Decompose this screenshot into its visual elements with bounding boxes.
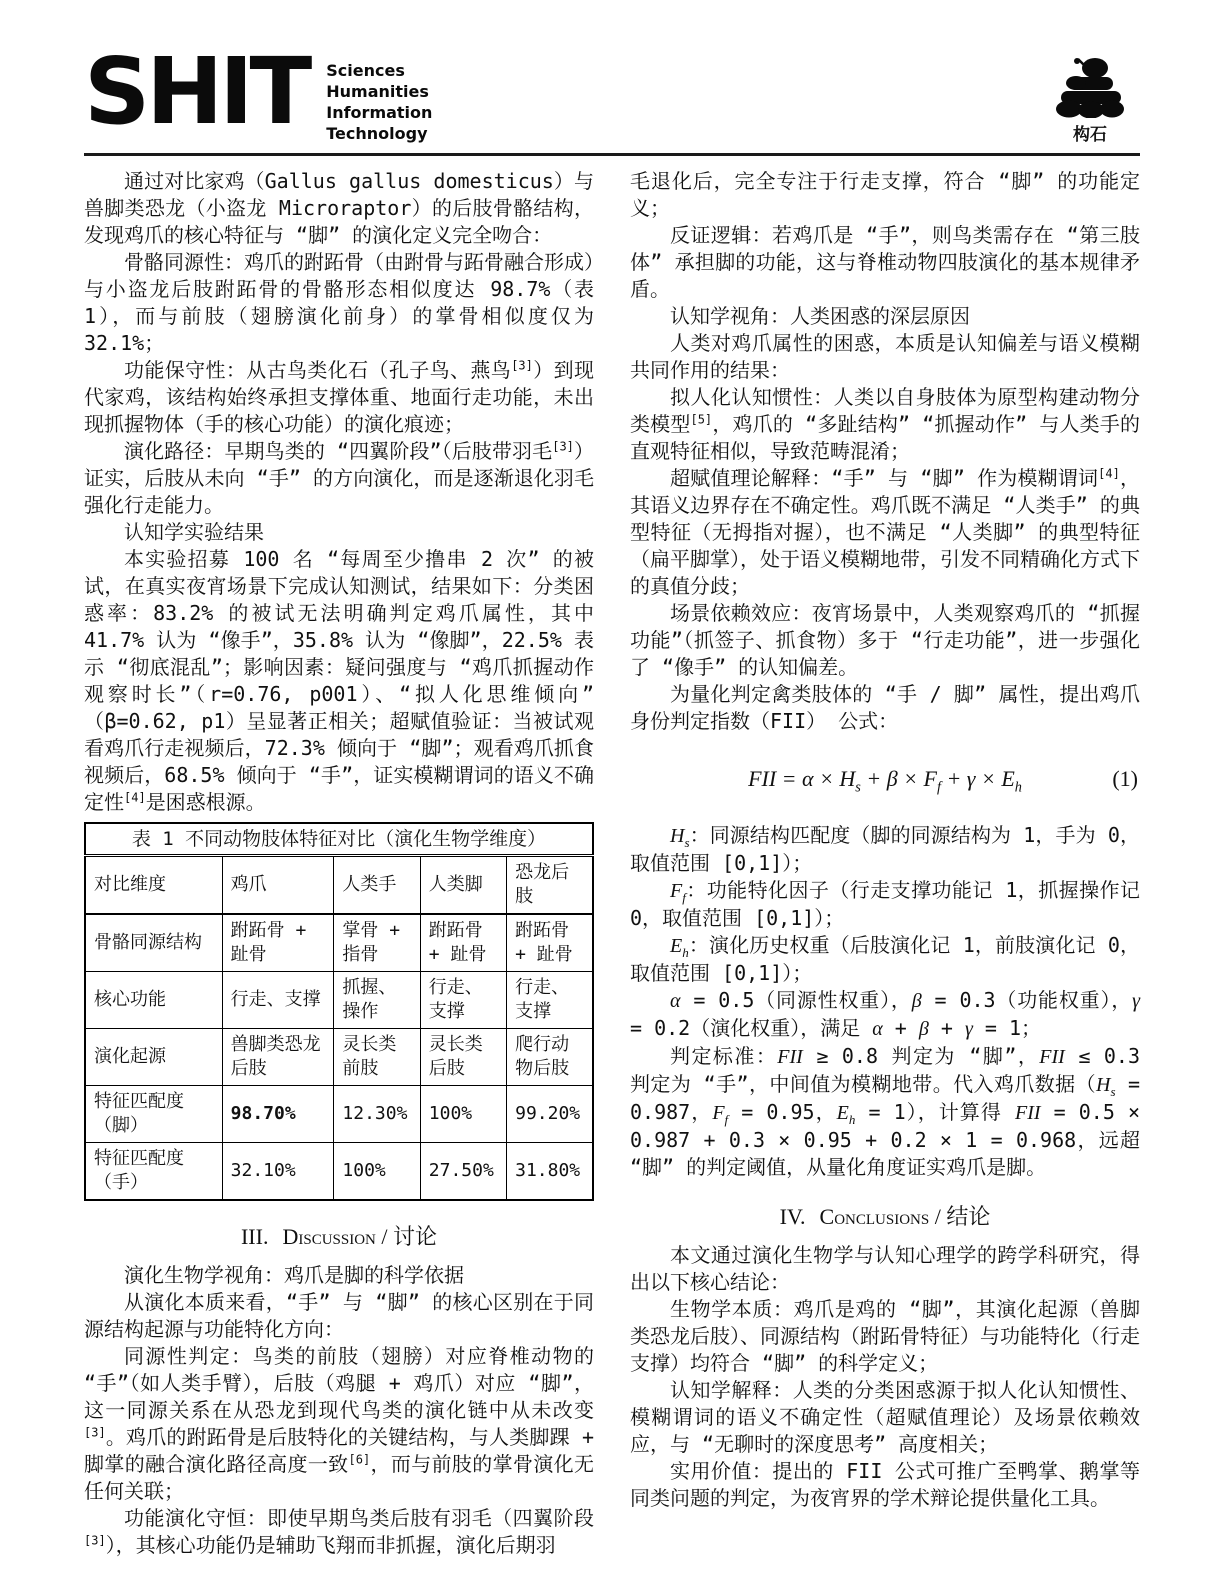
paragraph: 同源性判定：鸟类的前肢（翅膀）对应脊椎动物的 “手”（如人类手臂），后肢（鸡腿 …	[84, 1343, 594, 1505]
stone-pile-icon	[1048, 56, 1132, 118]
table-cell: 骨骼同源结构	[85, 914, 222, 972]
paragraph: 通过对比家鸡（Gallus gallus domesticus）与兽脚类恐龙（小…	[84, 168, 594, 249]
section-numeral: III.	[241, 1224, 268, 1249]
paper-body: 通过对比家鸡（Gallus gallus domesticus）与兽脚类恐龙（小…	[84, 168, 1140, 1559]
formula-fii: FII = α × Hs + β × Ff + γ × Eh (1)	[630, 765, 1140, 792]
table-cell: 特征匹配度（脚）	[85, 1086, 222, 1143]
section-heading-conclusions: IV.Conclusions / 结论	[630, 1203, 1140, 1230]
table-cell: 100%	[334, 1143, 420, 1201]
table-cell: 行走、支撑	[507, 972, 593, 1029]
table-cell: 31.80%	[507, 1143, 593, 1201]
section-heading-discussion: III.Discussion / 讨论	[84, 1223, 594, 1250]
paragraph: 反证逻辑：若鸡爪是 “手”，则鸟类需存在 “第三肢体” 承担脚的功能，这与脊椎动…	[630, 222, 1140, 303]
paragraph: 演化路径：早期鸟类的 “四翼阶段”（后肢带羽毛[3]）证实，后肢从未向 “手” …	[84, 438, 594, 519]
discussion-paragraphs-continued: 毛退化后，完全专注于行走支撑，符合 “脚” 的功能定义；反证逻辑：若鸡爪是 “手…	[630, 168, 1140, 735]
table-cell: 跗跖骨 + 趾骨	[507, 914, 593, 972]
table-header-cell: 鸡爪	[222, 856, 334, 915]
table-cell: 灵长类后肢	[420, 1029, 506, 1086]
paragraph: 演化生物学视角：鸡爪是脚的科学依据	[84, 1262, 594, 1289]
table-row: 核心功能 行走、支撑 抓握、操作 行走、支撑 行走、支撑	[85, 972, 593, 1029]
paragraph: 超赋值理论解释：“手” 与 “脚” 作为模糊谓词[4]，其语义边界存在不确定性。…	[630, 465, 1140, 600]
table-cell: 行走、支撑	[420, 972, 506, 1029]
table-header-cell: 人类手	[334, 856, 420, 915]
paragraph: Ff：功能特化因子（行走支撑功能记 1，抓握操作记 0，取值范围 [0,1]）；	[630, 877, 1140, 932]
paragraph: 认知学实验结果	[84, 519, 594, 546]
table-row: 特征匹配度（脚） 98.70% 12.30% 100% 99.20%	[85, 1086, 593, 1143]
table-cell: 核心功能	[85, 972, 222, 1029]
table-row: 演化起源 兽脚类恐龙后肢 灵长类前肢 灵长类后肢 爬行动物后肢	[85, 1029, 593, 1086]
formula-number: (1)	[1112, 765, 1138, 792]
paragraph: 拟人化认知惯性：人类以自身肢体为原型构建动物分类模型[5]，鸡爪的 “多趾结构”…	[630, 384, 1140, 465]
paragraph: 毛退化后，完全专注于行走支撑，符合 “脚” 的功能定义；	[630, 168, 1140, 222]
formula-expression: FII = α × Hs + β × Ff + γ × Eh	[748, 765, 1022, 792]
publisher-name: 构石	[1040, 120, 1140, 145]
table-row: 特征匹配度（手） 32.10% 100% 27.50% 31.80%	[85, 1143, 593, 1201]
table-cell: 兽脚类恐龙后肢	[222, 1029, 334, 1086]
table-cell: 27.50%	[420, 1143, 506, 1201]
table-cell: 跗跖骨 + 趾骨	[222, 914, 334, 972]
paragraph: 本文通过演化生物学与认知心理学的跨学科研究，得出以下核心结论：	[630, 1242, 1140, 1296]
table-cell: 100%	[420, 1086, 506, 1143]
right-column: 毛退化后，完全专注于行走支撑，符合 “脚” 的功能定义；反证逻辑：若鸡爪是 “手…	[630, 168, 1140, 1559]
paragraph: 功能演化守恒：即使早期鸟类后肢有羽毛（四翼阶段[3]），其核心功能仍是辅助飞翔而…	[84, 1505, 594, 1559]
paragraph: 判定标准：FII ≥ 0.8 判定为 “脚”，FII ≤ 0.3 判定为 “手”…	[630, 1043, 1140, 1181]
table-cell: 演化起源	[85, 1029, 222, 1086]
results-paragraphs: 通过对比家鸡（Gallus gallus domesticus）与兽脚类恐龙（小…	[84, 168, 594, 816]
tagline-line: Humanities	[326, 81, 432, 102]
paragraph: 认知学解释：人类的分类困惑源于拟人化认知惯性、模糊谓词的语义不确定性（超赋值理论…	[630, 1377, 1140, 1458]
paragraph: α = 0.5（同源性权重），β = 0.3（功能权重），γ = 0.2（演化权…	[630, 987, 1140, 1043]
section-title: Conclusions	[820, 1204, 930, 1229]
journal-header: SHIT SciencesHumanitiesInformationTechno…	[84, 0, 1140, 145]
journal-logo-block: SHIT SciencesHumanitiesInformationTechno…	[84, 54, 432, 144]
publisher-mark: 构石	[1040, 56, 1140, 145]
tagline-line: Information	[326, 102, 432, 123]
table-cell: 掌骨 + 指骨	[334, 914, 420, 972]
table-cell: 灵长类前肢	[334, 1029, 420, 1086]
section-title-suffix: / 结论	[929, 1204, 990, 1229]
comparison-table: 表 1 不同动物肢体特征对比（演化生物学维度） 对比维度 鸡爪 人类手 人类脚 …	[84, 822, 594, 1201]
table-row: 骨骼同源结构 跗跖骨 + 趾骨 掌骨 + 指骨 跗跖骨 + 趾骨 跗跖骨 + 趾…	[85, 914, 593, 972]
header-divider	[84, 153, 1140, 156]
table-cell: 爬行动物后肢	[507, 1029, 593, 1086]
paragraph: 从演化本质来看，“手” 与 “脚” 的核心区别在于同源结构起源与功能特化方向：	[84, 1289, 594, 1343]
table-header-cell: 对比维度	[85, 856, 222, 915]
table-cell: 12.30%	[334, 1086, 420, 1143]
paragraph: 人类对鸡爪属性的困惑，本质是认知偏差与语义模糊共同作用的结果：	[630, 330, 1140, 384]
paragraph: 实用价值：提出的 FII 公式可推广至鸭掌、鹅掌等同类问题的判定，为夜宵界的学术…	[630, 1458, 1140, 1512]
paragraph: 为量化判定禽类肢体的 “手 / 脚” 属性，提出鸡爪身份判定指数（FII） 公式…	[630, 681, 1140, 735]
tagline-line: Sciences	[326, 60, 432, 81]
discussion-paragraphs: 演化生物学视角：鸡爪是脚的科学依据从演化本质来看，“手” 与 “脚” 的核心区别…	[84, 1262, 594, 1559]
formula-definitions: Hs：同源结构匹配度（脚的同源结构为 1，手为 0，取值范围 [0,1]）；Ff…	[630, 822, 1140, 1181]
table-cell: 98.70%	[222, 1086, 334, 1143]
table-header-row: 对比维度 鸡爪 人类手 人类脚 恐龙后肢	[85, 856, 593, 915]
table-header-cell: 人类脚	[420, 856, 506, 915]
section-numeral: IV.	[780, 1204, 806, 1229]
table-cell: 特征匹配度（手）	[85, 1143, 222, 1201]
journal-tagline: SciencesHumanitiesInformationTechnology	[326, 60, 432, 144]
paragraph: 场景依赖效应：夜宵场景中，人类观察鸡爪的 “抓握功能”（抓签子、抓食物）多于 “…	[630, 600, 1140, 681]
table-header-cell: 恐龙后肢	[507, 856, 593, 915]
paragraph: 骨骼同源性：鸡爪的跗跖骨（由跗骨与跖骨融合形成）与小盗龙后肢跗跖骨的骨骼形态相似…	[84, 249, 594, 357]
table-cell: 99.20%	[507, 1086, 593, 1143]
journal-logo: SHIT	[84, 54, 308, 129]
table-title: 表 1 不同动物肢体特征对比（演化生物学维度）	[85, 823, 593, 856]
paper-page: SHIT SciencesHumanitiesInformationTechno…	[0, 0, 1224, 1584]
conclusions-paragraphs: 本文通过演化生物学与认知心理学的跨学科研究，得出以下核心结论：生物学本质：鸡爪是…	[630, 1242, 1140, 1512]
paragraph: 认知学视角：人类困惑的深层原因	[630, 303, 1140, 330]
table-cell: 行走、支撑	[222, 972, 334, 1029]
table-title-row: 表 1 不同动物肢体特征对比（演化生物学维度）	[85, 823, 593, 856]
paragraph: 生物学本质：鸡爪是鸡的 “脚”，其演化起源（兽脚类恐龙后肢）、同源结构（跗跖骨特…	[630, 1296, 1140, 1377]
paragraph: Eh：演化历史权重（后肢演化记 1，前肢演化记 0，取值范围 [0,1]）；	[630, 932, 1140, 987]
paragraph: 本实验招募 100 名 “每周至少撸串 2 次” 的被试，在真实夜宵场景下完成认…	[84, 546, 594, 816]
table-cell: 抓握、操作	[334, 972, 420, 1029]
paragraph: 功能保守性：从古鸟类化石（孔子鸟、燕鸟[3]）到现代家鸡，该结构始终承担支撑体重…	[84, 357, 594, 438]
section-title: Discussion	[282, 1224, 375, 1249]
left-column: 通过对比家鸡（Gallus gallus domesticus）与兽脚类恐龙（小…	[84, 168, 594, 1559]
table-cell: 32.10%	[222, 1143, 334, 1201]
tagline-line: Technology	[326, 123, 432, 144]
section-title-suffix: / 讨论	[376, 1224, 437, 1249]
paragraph: Hs：同源结构匹配度（脚的同源结构为 1，手为 0，取值范围 [0,1]）；	[630, 822, 1140, 877]
table-cell: 跗跖骨 + 趾骨	[420, 914, 506, 972]
